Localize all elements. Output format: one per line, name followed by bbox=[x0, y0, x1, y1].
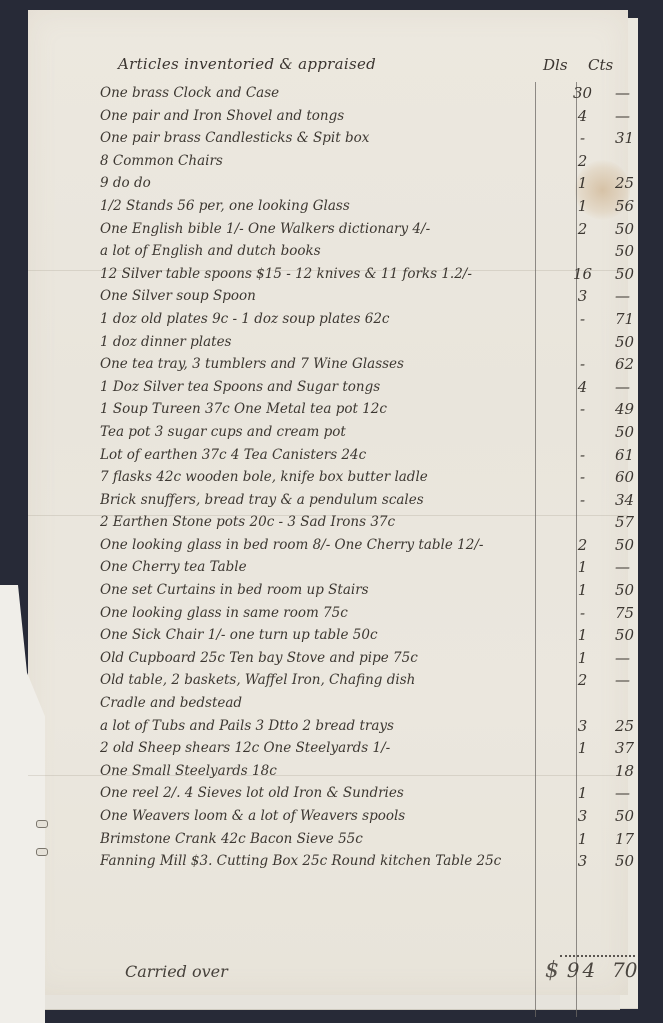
item-dollars: - bbox=[555, 466, 610, 489]
item-dollars: 3 bbox=[555, 850, 610, 873]
item-description: 1 doz old plates 9c - 1 doz soup plates … bbox=[100, 308, 520, 331]
inventory-row: 1 doz dinner plates50 bbox=[100, 331, 640, 354]
item-description: 9 do do bbox=[100, 172, 520, 195]
item-dollars: 1 bbox=[555, 782, 610, 805]
item-description: 8 Common Chairs bbox=[100, 150, 520, 173]
cents-column-header: Cts bbox=[588, 56, 613, 74]
dollars-column-header: Dls bbox=[543, 56, 568, 74]
item-dollars: 3 bbox=[555, 715, 610, 738]
item-dollars: 1 bbox=[555, 828, 610, 851]
item-cents: — bbox=[615, 376, 663, 399]
inventory-row: 12 Silver table spoons $15 - 12 knives &… bbox=[100, 263, 640, 286]
item-description: 2 Earthen Stone pots 20c - 3 Sad Irons 3… bbox=[100, 511, 520, 534]
item-dollars: 1 bbox=[555, 647, 610, 670]
item-description: One tea tray, 3 tumblers and 7 Wine Glas… bbox=[100, 353, 520, 376]
item-dollars: 4 bbox=[555, 105, 610, 128]
item-description: a lot of Tubs and Pails 3 Dtto 2 bread t… bbox=[100, 715, 520, 738]
carried-over-label: Carried over bbox=[125, 962, 228, 981]
item-description: One looking glass in bed room 8/- One Ch… bbox=[100, 534, 520, 557]
inventory-row: One pair and Iron Shovel and tongs4— bbox=[100, 105, 640, 128]
item-description: 1 Doz Silver tea Spoons and Sugar tongs bbox=[100, 376, 520, 399]
dollar-sign: $ bbox=[545, 958, 559, 983]
item-cents: 31 bbox=[615, 127, 663, 150]
item-dollars: - bbox=[555, 602, 610, 625]
item-dollars: 2 bbox=[555, 534, 610, 557]
inventory-row: One brass Clock and Case30— bbox=[100, 82, 640, 105]
item-description: 7 flasks 42c wooden bole, knife box butt… bbox=[100, 466, 520, 489]
item-cents: — bbox=[615, 285, 663, 308]
inventory-row: 8 Common Chairs2 bbox=[100, 150, 640, 173]
item-description: One English bible 1/- One Walkers dictio… bbox=[100, 218, 520, 241]
item-description: 12 Silver table spoons $15 - 12 knives &… bbox=[100, 263, 520, 286]
inventory-row: One looking glass in bed room 8/- One Ch… bbox=[100, 534, 640, 557]
item-cents: 49 bbox=[615, 398, 663, 421]
item-description: One brass Clock and Case bbox=[100, 82, 520, 105]
item-cents: 50 bbox=[615, 421, 663, 444]
inventory-row: Tea pot 3 sugar cups and cream pot50 bbox=[100, 421, 640, 444]
inventory-row: One tea tray, 3 tumblers and 7 Wine Glas… bbox=[100, 353, 640, 376]
item-description: One looking glass in same room 75c bbox=[100, 602, 520, 625]
item-cents: 25 bbox=[615, 715, 663, 738]
inventory-row: Brimstone Crank 42c Bacon Sieve 55c117 bbox=[100, 828, 640, 851]
item-cents: 61 bbox=[615, 444, 663, 467]
item-description: One Small Steelyards 18c bbox=[100, 760, 520, 783]
item-description: One set Curtains in bed room up Stairs bbox=[100, 579, 520, 602]
item-description: Fanning Mill $3. Cutting Box 25c Round k… bbox=[100, 850, 520, 873]
item-description: 2 old Sheep shears 12c One Steelyards 1/… bbox=[100, 737, 520, 760]
item-dollars: 1 bbox=[555, 556, 610, 579]
sum-rule bbox=[560, 955, 635, 957]
item-cents: 50 bbox=[615, 263, 663, 286]
item-cents: — bbox=[615, 556, 663, 579]
inventory-row: One reel 2/. 4 Sieves lot old Iron & Sun… bbox=[100, 782, 640, 805]
item-dollars: - bbox=[555, 353, 610, 376]
inventory-row: 1 Doz Silver tea Spoons and Sugar tongs4… bbox=[100, 376, 640, 399]
item-dollars: - bbox=[555, 444, 610, 467]
item-cents: 34 bbox=[615, 489, 663, 512]
inventory-row: 1 Soup Tureen 37c One Metal tea pot 12c-… bbox=[100, 398, 640, 421]
item-dollars: 3 bbox=[555, 805, 610, 828]
inventory-row: One Sick Chair 1/- one turn up table 50c… bbox=[100, 624, 640, 647]
item-description: 1 Soup Tureen 37c One Metal tea pot 12c bbox=[100, 398, 520, 421]
item-cents: 60 bbox=[615, 466, 663, 489]
inventory-row: One Weavers loom & a lot of Weavers spoo… bbox=[100, 805, 640, 828]
item-dollars: - bbox=[555, 127, 610, 150]
item-cents: 50 bbox=[615, 624, 663, 647]
item-cents: 71 bbox=[615, 308, 663, 331]
item-dollars: - bbox=[555, 308, 610, 331]
item-cents: 75 bbox=[615, 602, 663, 625]
item-cents: 50 bbox=[615, 218, 663, 241]
inventory-row: Cradle and bedstead bbox=[100, 692, 640, 715]
inventory-row: 1 doz old plates 9c - 1 doz soup plates … bbox=[100, 308, 640, 331]
item-description: Tea pot 3 sugar cups and cream pot bbox=[100, 421, 520, 444]
item-dollars: - bbox=[555, 398, 610, 421]
item-description: 1/2 Stands 56 per, one looking Glass bbox=[100, 195, 520, 218]
item-cents: — bbox=[615, 647, 663, 670]
item-dollars: 1 bbox=[555, 195, 610, 218]
item-dollars: 1 bbox=[555, 579, 610, 602]
item-dollars: 1 bbox=[555, 737, 610, 760]
item-dollars: 2 bbox=[555, 218, 610, 241]
item-dollars: 3 bbox=[555, 285, 610, 308]
item-cents: 50 bbox=[615, 534, 663, 557]
binding-stitch bbox=[36, 820, 48, 828]
item-cents: — bbox=[615, 82, 663, 105]
inventory-row: Old table, 2 baskets, Waffel Iron, Chafi… bbox=[100, 669, 640, 692]
item-description: Brimstone Crank 42c Bacon Sieve 55c bbox=[100, 828, 520, 851]
item-description: Brick snuffers, bread tray & a pendulum … bbox=[100, 489, 520, 512]
item-dollars: 1 bbox=[555, 172, 610, 195]
item-cents: 17 bbox=[615, 828, 663, 851]
item-description: One pair brass Candlesticks & Spit box bbox=[100, 127, 520, 150]
inventory-row: 2 Earthen Stone pots 20c - 3 Sad Irons 3… bbox=[100, 511, 640, 534]
inventory-row: Fanning Mill $3. Cutting Box 25c Round k… bbox=[100, 850, 640, 873]
document-heading: Articles inventoried & appraised bbox=[118, 55, 376, 73]
item-cents: 62 bbox=[615, 353, 663, 376]
inventory-row: a lot of English and dutch books50 bbox=[100, 240, 640, 263]
binding-stitch bbox=[36, 848, 48, 856]
inventory-row: One Small Steelyards 18c18 bbox=[100, 760, 640, 783]
inventory-row: Brick snuffers, bread tray & a pendulum … bbox=[100, 489, 640, 512]
inventory-row: One Cherry tea Table1— bbox=[100, 556, 640, 579]
item-cents: 50 bbox=[615, 805, 663, 828]
item-cents: 25 bbox=[615, 172, 663, 195]
item-cents: 50 bbox=[615, 579, 663, 602]
item-description: Lot of earthen 37c 4 Tea Canisters 24c bbox=[100, 444, 520, 467]
item-cents: 56 bbox=[615, 195, 663, 218]
item-cents: 50 bbox=[615, 240, 663, 263]
item-dollars: 2 bbox=[555, 669, 610, 692]
item-dollars: 4 bbox=[555, 376, 610, 399]
underlying-page-edge bbox=[40, 995, 620, 1010]
item-cents: — bbox=[615, 669, 663, 692]
inventory-row: a lot of Tubs and Pails 3 Dtto 2 bread t… bbox=[100, 715, 640, 738]
item-dollars: - bbox=[555, 489, 610, 512]
item-cents: 57 bbox=[615, 511, 663, 534]
inventory-row: One Silver soup Spoon3— bbox=[100, 285, 640, 308]
item-description: One Sick Chair 1/- one turn up table 50c bbox=[100, 624, 520, 647]
inventory-row: One looking glass in same room 75c-75 bbox=[100, 602, 640, 625]
item-dollars: 30 bbox=[555, 82, 610, 105]
total-dollars: 94 bbox=[560, 958, 605, 982]
inventory-row: 9 do do125 bbox=[100, 172, 640, 195]
inventory-row: 2 old Sheep shears 12c One Steelyards 1/… bbox=[100, 737, 640, 760]
item-cents: — bbox=[615, 782, 663, 805]
item-cents: 18 bbox=[615, 760, 663, 783]
item-description: Old Cupboard 25c Ten bay Stove and pipe … bbox=[100, 647, 520, 670]
inventory-row: One English bible 1/- One Walkers dictio… bbox=[100, 218, 640, 241]
item-cents: — bbox=[615, 105, 663, 128]
item-cents: 50 bbox=[615, 850, 663, 873]
item-cents: 37 bbox=[615, 737, 663, 760]
inventory-row: 1/2 Stands 56 per, one looking Glass156 bbox=[100, 195, 640, 218]
inventory-row: One set Curtains in bed room up Stairs15… bbox=[100, 579, 640, 602]
item-description: One reel 2/. 4 Sieves lot old Iron & Sun… bbox=[100, 782, 520, 805]
item-description: 1 doz dinner plates bbox=[100, 331, 520, 354]
inventory-row: One pair brass Candlesticks & Spit box-3… bbox=[100, 127, 640, 150]
item-dollars: 16 bbox=[555, 263, 610, 286]
item-cents: 50 bbox=[615, 331, 663, 354]
item-description: One Cherry tea Table bbox=[100, 556, 520, 579]
item-description: a lot of English and dutch books bbox=[100, 240, 520, 263]
inventory-row: 7 flasks 42c wooden bole, knife box butt… bbox=[100, 466, 640, 489]
inventory-row: Lot of earthen 37c 4 Tea Canisters 24c-6… bbox=[100, 444, 640, 467]
item-description: Cradle and bedstead bbox=[100, 692, 520, 715]
item-description: One Weavers loom & a lot of Weavers spoo… bbox=[100, 805, 520, 828]
item-description: One pair and Iron Shovel and tongs bbox=[100, 105, 520, 128]
item-dollars: 1 bbox=[555, 624, 610, 647]
item-description: Old table, 2 baskets, Waffel Iron, Chafi… bbox=[100, 669, 520, 692]
total-cents: 70 bbox=[612, 958, 637, 982]
inventory-list: One brass Clock and Case30—One pair and … bbox=[100, 82, 640, 873]
item-dollars: 2 bbox=[555, 150, 610, 173]
item-description: One Silver soup Spoon bbox=[100, 285, 520, 308]
inventory-row: Old Cupboard 25c Ten bay Stove and pipe … bbox=[100, 647, 640, 670]
